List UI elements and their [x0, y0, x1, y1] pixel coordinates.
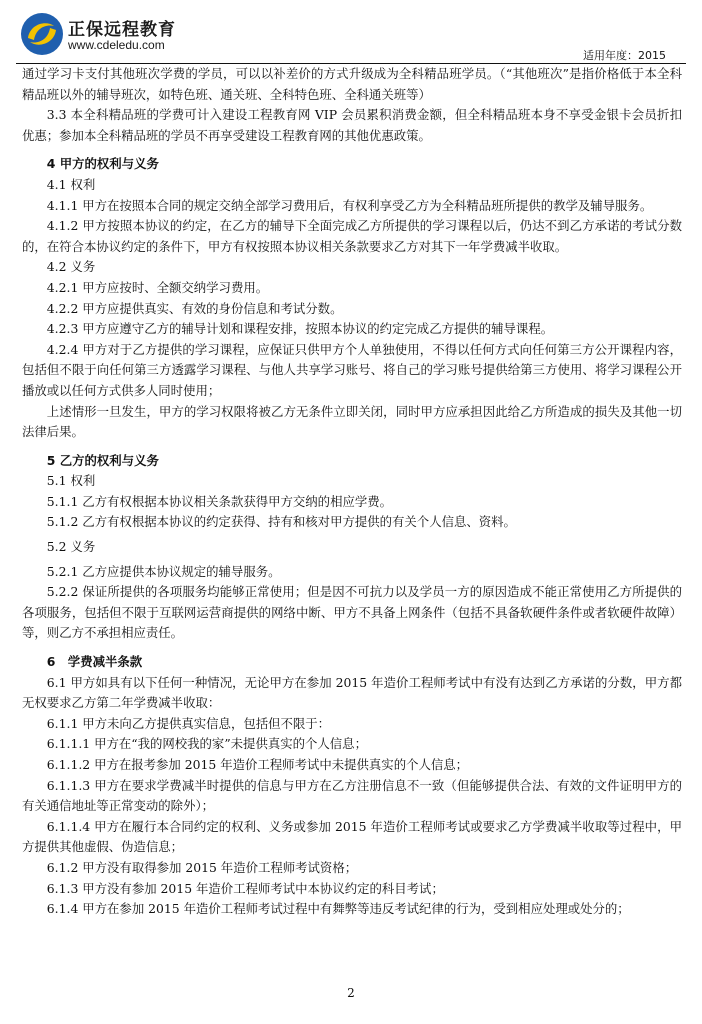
clause-4-2-4-note: 上述情形一旦发生，甲方的学习权限将被乙方无条件立即关闭，同时甲方应承担因此给乙方…: [22, 402, 682, 443]
clause-5-1-2: 5.1.2 乙方有权根据本协议的约定获得、持有和核对甲方提供的有关个人信息、资料…: [22, 512, 682, 533]
clause-4-2: 4.2 义务: [22, 257, 682, 278]
section-5-title: 5 乙方的权利与义务: [22, 451, 682, 472]
clause-5-1: 5.1 权利: [22, 471, 682, 492]
page-number: 2: [0, 986, 702, 1000]
document-body: 通过学习卡支付其他班次学费的学员，可以以补差价的方式升级成为全科精品班学员。（“…: [22, 64, 682, 920]
clause-6-1-1-4: 6.1.1.4 甲方在履行本合同约定的权利、义务或参加 2015 年造价工程师考…: [22, 817, 682, 858]
clause-6-1-1: 6.1.1 甲方未向乙方提供真实信息，包括但不限于：: [22, 714, 682, 735]
clause-4-1-1: 4.1.1 甲方在按照本合同的规定交纳全部学习费用后，有权利享受乙方为全科精品班…: [22, 196, 682, 217]
clause-5-2: 5.2 义务: [22, 537, 682, 558]
clause-6-1-1-1: 6.1.1.1 甲方在“我的网校我的家”未提供真实的个人信息；: [22, 734, 682, 755]
clause-5-2-1: 5.2.1 乙方应提供本协议规定的辅导服务。: [22, 562, 682, 583]
cdeledu-logo-icon: [20, 12, 64, 56]
clause-4-2-3: 4.2.3 甲方应遵守乙方的辅导计划和课程安排，按照本协议的约定完成乙方提供的辅…: [22, 319, 682, 340]
clause-5-2-2: 5.2.2 保证所提供的各项服务均能够正常使用；但是因不可抗力以及学员一方的原因…: [22, 582, 682, 644]
clause-5-1-1: 5.1.1 乙方有权根据本协议相关条款获得甲方交纳的相应学费。: [22, 492, 682, 513]
clause-6-1: 6.1 甲方如具有以下任何一种情况，无论甲方在参加 2015 年造价工程师考试中…: [22, 673, 682, 714]
clause-6-1-4: 6.1.4 甲方在参加 2015 年造价工程师考试过程中有舞弊等违反考试纪律的行…: [22, 899, 682, 920]
page-header: 正保远程教育 www.cdeledu.com 适用年度：2015: [0, 0, 702, 64]
applicable-year: 适用年度：2015: [583, 47, 666, 63]
clause-4-2-4: 4.2.4 甲方对于乙方提供的学习课程，应保证只供甲方个人单独使用，不得以任何方…: [22, 340, 682, 402]
section-4-title: 4 甲方的权利与义务: [22, 154, 682, 175]
clause-6-1-3: 6.1.3 甲方没有参加 2015 年造价工程师考试中本协议约定的科目考试；: [22, 879, 682, 900]
clause-4-2-1: 4.2.1 甲方应按时、全额交纳学习费用。: [22, 278, 682, 299]
brand-name: 正保远程教育: [68, 15, 176, 40]
brand-url: www.cdeledu.com: [68, 38, 165, 52]
clause-4-1: 4.1 权利: [22, 175, 682, 196]
clause-6-1-1-2: 6.1.1.2 甲方在报考参加 2015 年造价工程师考试中未提供真实的个人信息…: [22, 755, 682, 776]
clause-4-1-2: 4.1.2 甲方按照本协议的约定，在乙方的辅导下全面完成乙方所提供的学习课程以后…: [22, 216, 682, 257]
clause-6-1-1-3: 6.1.1.3 甲方在要求学费减半时提供的信息与甲方在乙方注册信息不一致（但能够…: [22, 776, 682, 817]
clause-4-2-2: 4.2.2 甲方应提供真实、有效的身份信息和考试分数。: [22, 299, 682, 320]
clause-3-3: 3.3 本全科精品班的学费可计入建设工程教育网 VIP 会员累积消费金额，但全科…: [22, 105, 682, 146]
clause-6-1-2: 6.1.2 甲方没有取得参加 2015 年造价工程师考试资格；: [22, 858, 682, 879]
paragraph-upgrade-note: 通过学习卡支付其他班次学费的学员，可以以补差价的方式升级成为全科精品班学员。（“…: [22, 64, 682, 105]
section-6-title: 6 学费减半条款: [22, 652, 682, 673]
